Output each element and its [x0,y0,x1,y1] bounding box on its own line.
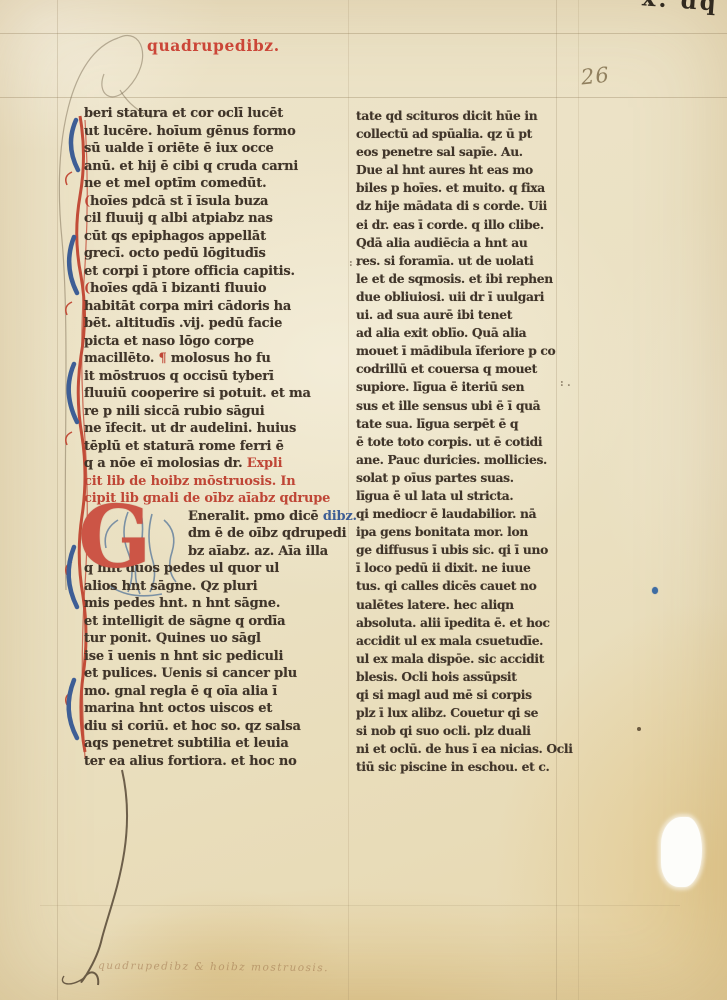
manuscript-page: quadrupedibz. x. dq 26 beri statura et c… [0,0,727,1000]
text-segment-ink: fluuiū cooperire si potuit. et ma [84,386,311,401]
text-line: si nob qi suo ocli. plz duali [356,723,558,741]
text-segment-red: ¶ [158,351,166,366]
text-segment-ink: le et de sqmosis. et ibi rephen [356,271,553,286]
text-segment-ink: ad alia exit oblīo. Quā alia [356,325,526,340]
text-line: res. si foramīa. ut de uolati [356,253,558,271]
text-segment-ink: ane. Pauc duricies. mollicies. [356,452,547,467]
text-segment-ink: qi si magl aud mē si corpis [356,687,532,702]
text-line: et pulices. Uenis si cancer plu [84,666,356,684]
text-segment-ink: ge diffusus ī ubis sic. qi ī uno [356,542,548,557]
text-segment-ink: hoīes qdā ī bizanti fluuio [90,281,266,296]
text-line: ne īfecit. ut dr audelini. huius [84,421,356,439]
text-line: ui. ad sua aurē ibi tenet [356,307,558,325]
text-line: aqs penetret subtilia et leuia [84,736,356,754]
text-line: accidit ul ex mala csuetudīe. [356,633,558,651]
text-segment-ink: diu si coriū. et hoc so. qz salsa [84,719,301,734]
text-segment-ink: hoīes pdcā st ī īsula buza [90,194,268,209]
ruling-line-horizontal-top [0,33,727,34]
text-segment-ink: ualētes latere. hec aliqn [356,597,514,612]
text-segment-ink: Due al hnt aures ht eas mo [356,162,533,177]
text-line: codrillū et couersa q mouet [356,361,558,379]
text-segment-ink: qi mediocr ē laudabilior. nā [356,506,536,521]
text-segment-ink: ni et oclū. de hus ī ea nicias. Ocli [356,741,573,756]
text-line: ne et mel optīm comedūt. [84,176,356,194]
text-line: ut lucēre. hoīum gēnus formo [84,124,356,142]
text-line: qi mediocr ē laudabilior. nā [356,506,558,524]
text-segment-ink: absoluta. alii īpedita ē. et hoc [356,615,550,630]
text-line: tate sua. līgua serpēt ē q [356,416,558,434]
text-segment-ink: biles p hoīes. et muito. q fixa [356,180,545,195]
text-line: et corpi ī ptore officia capitis. [84,264,356,282]
text-segment-ink: cil fluuij q albi atpiabz nas [84,211,273,226]
parchment-hole [661,817,702,887]
text-segment-ink: ul ex mala dispōe. sic accidit [356,651,544,666]
text-line: beri statura et cor oclī lucēt [84,106,356,124]
text-segment-ink: sū ualde ī oriēte ē iux occe [84,141,274,156]
text-line: ter ea alius fortiora. et hoc no [84,754,356,772]
text-line: cil fluuij q albi atpiabz nas [84,211,356,229]
text-segment-ink: beri statura et cor oclī lucēt [84,106,283,121]
text-line: Due al hnt aures ht eas mo [356,162,558,180]
text-segment-ink: dm ē de oībz qdrupedi [188,526,346,541]
text-line: it mōstruos q occisū tyberī [84,369,356,387]
text-line: dm ē de oībz qdrupedi [188,526,356,544]
text-line: ane. Pauc duricies. mollicies. [356,452,558,470]
text-segment-ink: mouet ī mādibula īferiore p co [356,343,555,358]
text-line: tiū sic piscine in eschou. et c. [356,759,558,777]
text-line: eos penetre sal sapīe. Au. [356,144,558,162]
text-segment-ink: due obliuiosi. uii dr ī uulgari [356,289,544,304]
text-line: bēt. altitudīs .vij. pedū facie [84,316,356,334]
text-line: (hoīes qdā ī bizanti fluuio [84,281,356,299]
text-line: cūt qs epiphagos appellāt [84,229,356,247]
text-segment-ink: eos penetre sal sapīe. Au. [356,144,523,159]
text-segment-ink: collectū ad spūalia. qz ū pt [356,126,532,141]
text-segment-ink: si nob qi suo ocli. plz duali [356,723,531,738]
gutter-mark: : . [560,378,571,389]
text-segment-ink: tate sua. līgua serpēt ē q [356,416,518,431]
text-line: grecī. octo pedū lōgitudīs [84,246,356,264]
text-segment-ink: sus et ille sensus ubi ē ī quā [356,398,540,413]
text-line: plz ī lux alibz. Couetur qi se [356,705,558,723]
text-line: sus et ille sensus ubi ē ī quā [356,398,558,416]
text-line: ipa gens bonitata mor. lon [356,524,558,542]
text-segment-ink: dz hije mādata di s corde. Uii [356,198,547,213]
text-segment-ink: bēt. altitudīs .vij. pedū facie [84,316,282,331]
top-edge-inscription: x. dq [641,0,720,17]
text-segment-ink: līgua ē ul lata ul stricta. [356,488,513,503]
text-line: absoluta. alii īpedita ē. et hoc [356,615,558,633]
text-segment-ink: ut lucēre. hoīum gēnus formo [84,124,296,139]
text-segment-ink: habitāt corpa miri cādoris ha [84,299,291,314]
text-segment-ink: ipa gens bonitata mor. lon [356,524,528,539]
text-line: solat p oīus partes suas. [356,470,558,488]
text-segment-ink: it mōstruos q occisū tyberī [84,369,274,384]
decorated-initial-g: G [78,490,186,600]
text-segment-ink: res. si foramīa. ut de uolati [356,253,533,268]
text-segment-ink: ei dr. eas ī corde. q illo clibe. [356,217,544,232]
text-line: habitāt corpa miri cādoris ha [84,299,356,317]
text-line: Qdā alia audiēcia a hnt au [356,235,558,253]
text-line: et intelligit de sāgne q ordīa [84,614,356,632]
text-segment-ink: ter ea alius fortiora. et hoc no [84,754,297,769]
text-line: ise ī uenis n hnt sic pediculi [84,649,356,667]
text-segment-ink: marina hnt octos uiscos et [84,701,272,716]
text-segment-ink: supiore. līgua ē iteriū sen [356,379,524,394]
text-line: q a nōe eī molosias dr. Expli [84,456,356,474]
folio-number: 26 [580,63,611,90]
text-segment-ink: bz aīabz. az. Aīa illa [188,544,328,559]
text-segment-ink: et intelligit de sāgne q ordīa [84,614,285,629]
text-line: Eneralit. pmo dicē dibz. [188,509,356,527]
gutter-mark: : . [349,258,360,269]
text-segment-blue: dibz. [323,509,357,524]
text-segment-ink: codrillū et couersa q mouet [356,361,537,376]
text-segment-ink: aqs penetret subtilia et leuia [84,736,289,751]
text-segment-ink: macillēto. [84,351,158,366]
running-title-rubric: quadrupedibz. [147,36,280,55]
text-segment-ink: ē tote toto corpis. ut ē cotidi [356,434,542,449]
text-segment-ink: anū. et hij ē cibi q cruda carni [84,159,298,174]
text-line: due obliuiosi. uii dr ī uulgari [356,289,558,307]
text-line: tur ponit. Quines uo sāgl [84,631,356,649]
text-line: tate qd scituros dicit hūe in [356,108,558,126]
text-line: tēplū et staturā rome ferri ē [84,439,356,457]
text-segment-ink: ī loco pedū ii dixit. ne iuue [356,560,530,575]
text-segment-ink: re p nili siccā rubio sāgui [84,404,264,419]
text-line: ad alia exit oblīo. Quā alia [356,325,558,343]
text-segment-ink: accidit ul ex mala csuetudīe. [356,633,543,648]
text-segment-ink: grecī. octo pedū lōgitudīs [84,246,266,261]
text-line: ī loco pedū ii dixit. ne iuue [356,560,558,578]
text-line: ei dr. eas ī corde. q illo clibe. [356,217,558,235]
text-segment-ink: et corpi ī ptore officia capitis. [84,264,295,279]
ruling-line-vertical-right-outer [578,0,579,1000]
text-segment-ink: molosus ho fu [167,351,271,366]
text-column-left: beri statura et cor oclī lucētut lucēre.… [84,106,356,771]
text-segment-ink: ise ī uenis n hnt sic pediculi [84,649,283,664]
text-segment-ink: Eneralit. pmo dicē [188,509,323,524]
text-line: ul ex mala dispōe. sic accidit [356,651,558,669]
text-line: ē tote toto corpis. ut ē cotidi [356,434,558,452]
text-line: qi si magl aud mē si corpis [356,687,558,705]
text-segment-ink: tur ponit. Quines uo sāgl [84,631,261,646]
ruling-line-horizontal-header [0,97,727,98]
text-line: tus. qi calles dicēs cauet no [356,578,558,596]
text-line: biles p hoīes. et muito. q fixa [356,180,558,198]
ruling-line-horizontal-bottom [40,905,680,906]
text-segment-ink: tate qd scituros dicit hūe in [356,108,537,123]
text-line: līgua ē ul lata ul stricta. [356,488,558,506]
text-line: fluuiū cooperire si potuit. et ma [84,386,356,404]
text-line: ge diffusus ī ubis sic. qi ī uno [356,542,558,560]
text-segment-ink: Qdā alia audiēcia a hnt au [356,235,527,250]
text-line: dz hije mādata di s corde. Uii [356,198,558,216]
text-line: ualētes latere. hec aliqn [356,597,558,615]
blue-ink-dot [652,587,658,594]
text-line: collectū ad spūalia. qz ū pt [356,126,558,144]
text-line: bz aīabz. az. Aīa illa [188,544,356,562]
text-segment-ink: ui. ad sua aurē ibi tenet [356,307,512,322]
catchword-inscription: quadrupedibz & hoibz mostruosis. [98,960,329,974]
text-line: (hoīes pdcā st ī īsula buza [84,194,356,212]
ruling-line-vertical-left [57,0,58,1000]
text-segment-ink: tēplū et staturā rome ferri ē [84,439,284,454]
text-column-right: tate qd scituros dicit hūe incollectū ad… [356,108,558,777]
text-line: mouet ī mādibula īferiore p co [356,343,558,361]
text-line: ni et oclū. de hus ī ea nicias. Ocli [356,741,558,759]
text-segment-ink: plz ī lux alibz. Couetur qi se [356,705,538,720]
text-line: supiore. līgua ē iteriū sen [356,379,558,397]
text-line: picta et naso lōgo corpe [84,334,356,352]
text-segment-ink: ne et mel optīm comedūt. [84,176,266,191]
text-segment-ink: blesis. Ocli hois assūpsit [356,669,517,684]
text-segment-ink: cūt qs epiphagos appellāt [84,229,266,244]
text-line: diu si coriū. et hoc so. qz salsa [84,719,356,737]
text-segment-ink: tus. qi calles dicēs cauet no [356,578,536,593]
text-segment-ink: ne īfecit. ut dr audelini. huius [84,421,296,436]
text-line: sū ualde ī oriēte ē iux occe [84,141,356,159]
text-segment-ink: et pulices. Uenis si cancer plu [84,666,297,681]
text-line: mo. gnal regla ē q oīa alia ī [84,684,356,702]
text-segment-ink: solat p oīus partes suas. [356,470,514,485]
initial-letter: G [78,487,151,588]
text-line: re p nili siccā rubio sāgui [84,404,356,422]
ink-speck [637,727,641,731]
text-line: le et de sqmosis. et ibi rephen [356,271,558,289]
text-line: anū. et hij ē cibi q cruda carni [84,159,356,177]
text-segment-red: Expli [247,456,283,471]
text-line: macillēto. ¶ molosus ho fu [84,351,356,369]
text-segment-ink: q a nōe eī molosias dr. [84,456,247,471]
text-line: blesis. Ocli hois assūpsit [356,669,558,687]
text-line: marina hnt octos uiscos et [84,701,356,719]
text-segment-ink: tiū sic piscine in eschou. et c. [356,759,549,774]
text-segment-ink: mo. gnal regla ē q oīa alia ī [84,684,277,699]
text-segment-ink: picta et naso lōgo corpe [84,334,254,349]
